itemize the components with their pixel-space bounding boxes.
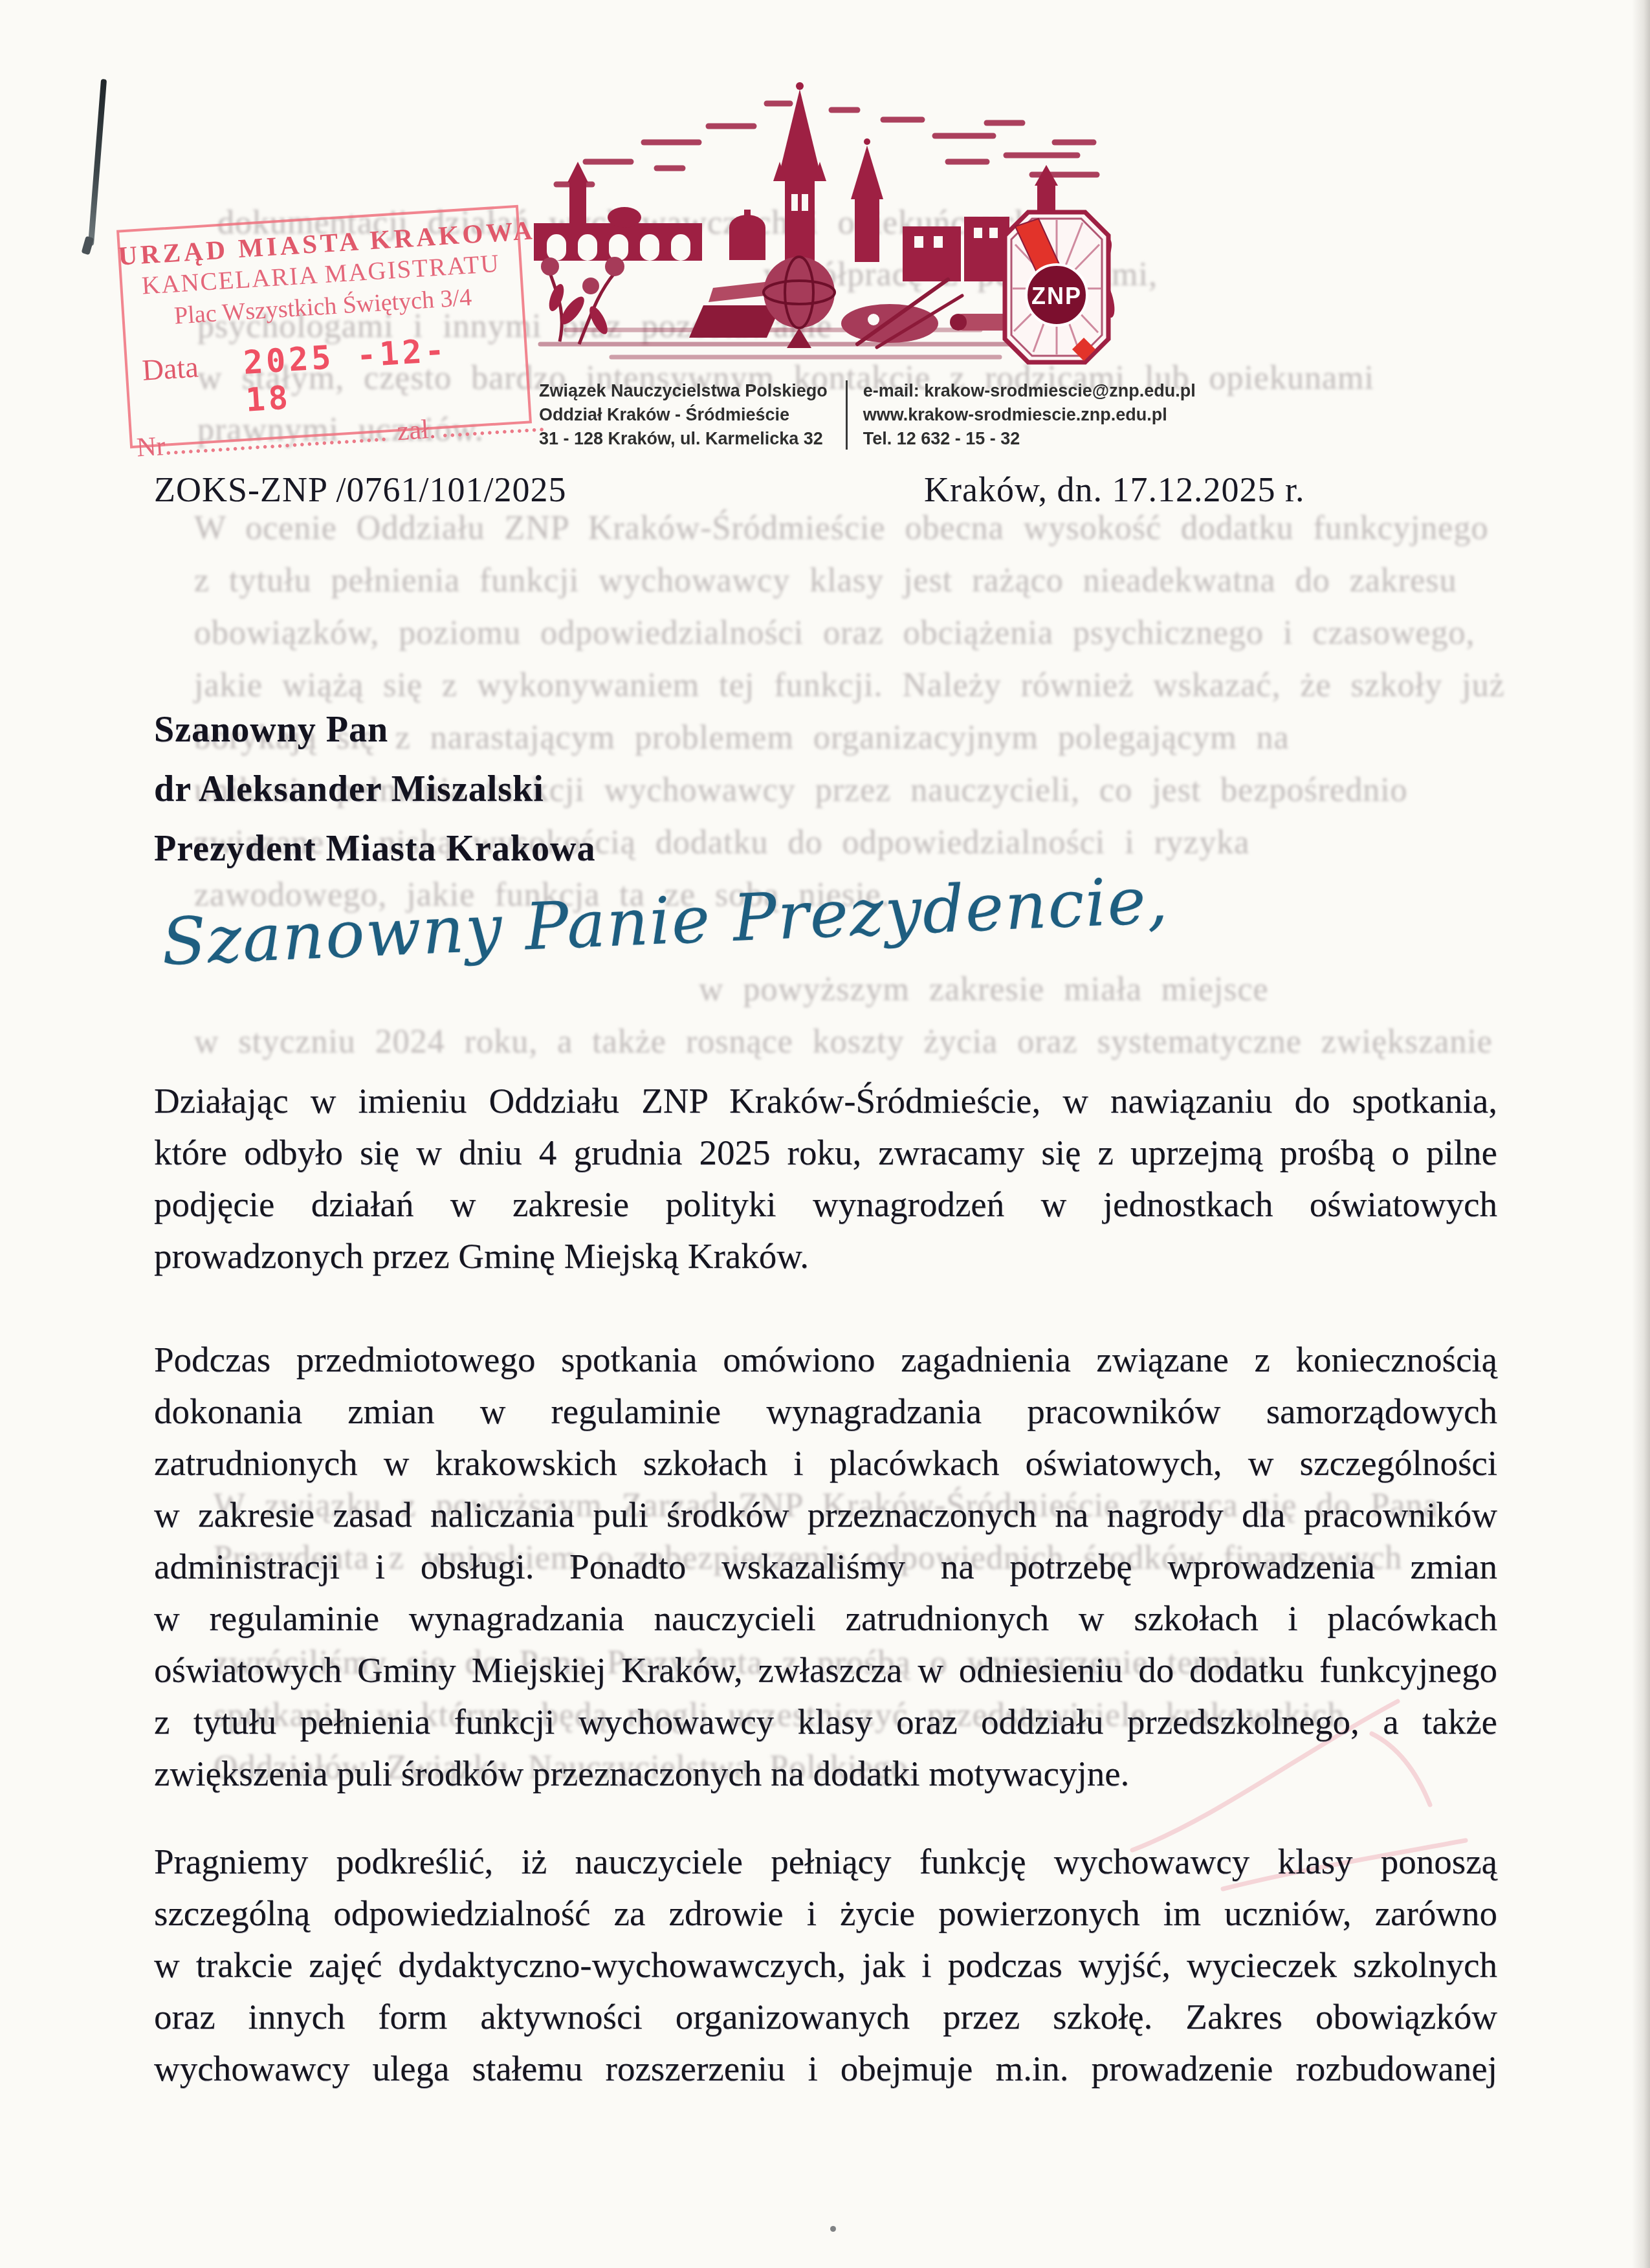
znp-logo-text: ZNP	[1031, 283, 1082, 309]
registry-stamp: URZĄD MIASTA KRAKOWA KANCELARIA MAGISTRA…	[116, 205, 532, 448]
org-name: Związek Nauczycielstwa Polskiego	[539, 379, 828, 403]
phone-line: Tel. 12 632 - 15 - 32	[863, 427, 1196, 451]
znp-logo-badge: ZNP	[1005, 212, 1108, 362]
www-line: www.krakow-srodmiescie.znp.edu.pl	[863, 403, 1196, 427]
bleedthrough-line: W ocenie Oddziału ZNP Kraków-Śródmieście…	[194, 509, 1488, 548]
org-address-column: Związek Nauczycielstwa Polskiego Oddział…	[539, 379, 828, 451]
addressee-title: Prezydent Miasta Krakowa	[154, 819, 595, 878]
contact-divider	[846, 380, 848, 450]
bleedthrough-line: obowiązków, poziomu odpowiedzialności or…	[194, 614, 1475, 653]
letter-line: z tytułu pełnienia funkcji wychowawcy kl…	[154, 1696, 1497, 1748]
letter-body: Działając w imieniu Oddziału ZNP Kraków-…	[154, 1075, 1497, 2095]
letter-line: które odbyło się w dniu 4 grudnia 2025 r…	[154, 1127, 1497, 1179]
letterhead-contact-block: Związek Nauczycielstwa Polskiego Oddział…	[539, 379, 1196, 451]
letter-line: oświatowych Gminy Miejskiej Kraków, zwła…	[154, 1644, 1497, 1696]
org-branch: Oddział Kraków - Śródmieście	[539, 403, 828, 427]
letter-paragraph: Działając w imieniu Oddziału ZNP Kraków-…	[154, 1075, 1497, 1282]
letter-line: w zakresie zasad naliczania puli środków…	[154, 1489, 1497, 1541]
letter-line: zwiększenia puli środków przeznaczonych …	[154, 1748, 1497, 1800]
letter-line: dokonania zmian w regulaminie wynagradza…	[154, 1386, 1497, 1437]
palette-icon	[841, 304, 938, 343]
addressee-name: dr Aleksander Miszalski	[154, 759, 595, 819]
letter-line: w trakcie zajęć dydaktyczno-wychowawczyc…	[154, 1939, 1497, 1991]
stamp-zal-dots: ..............	[441, 412, 547, 443]
contact-details-column: e-mail: krakow-srodmiescie@znp.edu.pl ww…	[863, 379, 1196, 451]
letter-paragraph: Pragniemy podkreślić, iż nauczyciele peł…	[154, 1836, 1497, 2095]
place-date-line: Kraków, dn. 17.12.2025 r.	[924, 470, 1304, 510]
addressee-salutation: Szanowny Pan	[154, 700, 595, 759]
letter-line: administracji i obsługi. Ponadto wskazal…	[154, 1541, 1497, 1593]
krakow-skyline	[534, 82, 1084, 281]
scan-edge-shadow	[1632, 0, 1650, 2268]
org-street: 31 - 128 Kraków, ul. Karmelicka 32	[539, 427, 828, 451]
addressee-block: Szanowny Pan dr Aleksander Miszalski Pre…	[154, 700, 595, 878]
bleedthrough-line: jakie wiążą się z wykonywaniem tej funkc…	[194, 666, 1505, 705]
letter-line: prowadzonych przez Gminę Miejską Kraków.	[154, 1230, 1497, 1282]
bleedthrough-line: w powyższym zakresie miała miejsce	[699, 970, 1269, 1009]
letter-line: szczególną odpowiedzialność za zdrowie i…	[154, 1888, 1497, 1939]
letter-line: wychowawcy ulega stałemu rozszerzeniu i …	[154, 2043, 1497, 2095]
letter-line: Podczas przedmiotowego spotkania omówion…	[154, 1334, 1497, 1386]
reference-number: ZOKS-ZNP /0761/101/2025	[154, 470, 567, 510]
letter-line: Pragniemy podkreślić, iż nauczyciele peł…	[154, 1836, 1497, 1888]
letter-line: podjęcie działań w zakresie polityki wyn…	[154, 1179, 1497, 1230]
bleedthrough-line: z tytułu pełnienia funkcji wychowawcy kl…	[194, 562, 1457, 600]
scanned-letter-page: dokumentacji działań wychowawczych i opi…	[0, 0, 1650, 2268]
letter-line: Działając w imieniu Oddziału ZNP Kraków-…	[154, 1075, 1497, 1127]
letter-line: oraz innych form aktywności organizowany…	[154, 1991, 1497, 2043]
email-line: e-mail: krakow-srodmiescie@znp.edu.pl	[863, 379, 1196, 403]
stamp-zal-label: zał.	[396, 414, 436, 448]
letter-line: zatrudnionych w krakowskich szkołach i p…	[154, 1437, 1497, 1489]
letter-paragraph: Podczas przedmiotowego spotkania omówion…	[154, 1334, 1497, 1800]
letter-line: w regulaminie wynagradzania nauczycieli …	[154, 1593, 1497, 1644]
stamp-nr-label: Nr	[136, 431, 166, 464]
letterhead-graphic: ZNP	[495, 65, 1116, 369]
bleedthrough-line: w styczniu 2024 roku, a także rosnące ko…	[194, 1023, 1493, 1062]
globe-icon	[764, 257, 835, 328]
etching-hatch	[556, 104, 1097, 184]
scan-dot	[830, 2226, 836, 2232]
